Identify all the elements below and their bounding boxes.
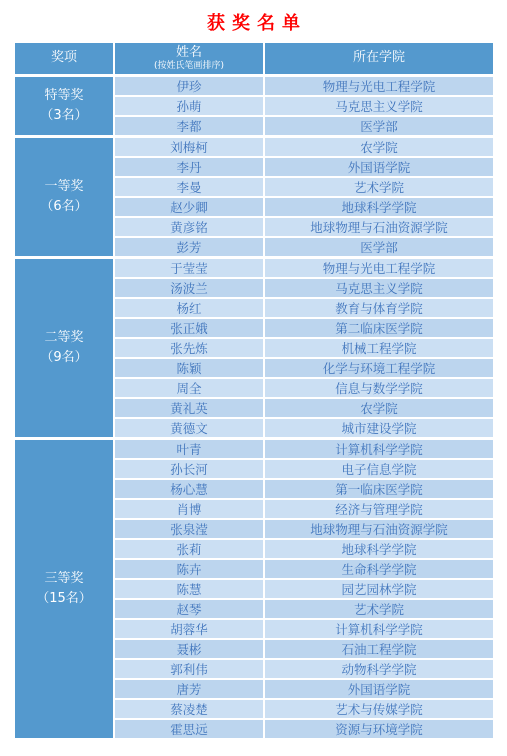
award-cell: 一等奖（6名） <box>14 137 114 258</box>
name-cell: 陈颖 <box>114 358 264 378</box>
table-row: 一等奖（6名）刘梅柯农学院 <box>14 137 494 158</box>
award-cell: 二等奖（9名） <box>14 258 114 439</box>
name-cell: 蔡凌楚 <box>114 699 264 719</box>
name-cell: 黄德文 <box>114 418 264 439</box>
name-cell: 胡蓉华 <box>114 619 264 639</box>
college-cell: 计算机科学学院 <box>264 439 494 460</box>
name-cell: 张先炼 <box>114 338 264 358</box>
college-cell: 第二临床医学院 <box>264 318 494 338</box>
college-cell: 艺术学院 <box>264 599 494 619</box>
name-cell: 汤波兰 <box>114 278 264 298</box>
name-cell: 张泉滢 <box>114 519 264 539</box>
header-award: 奖项 <box>14 42 114 76</box>
college-cell: 医学部 <box>264 237 494 258</box>
award-label: 三等奖 <box>15 569 113 589</box>
college-cell: 电子信息学院 <box>264 459 494 479</box>
college-cell: 外国语学院 <box>264 679 494 699</box>
college-cell: 农学院 <box>264 137 494 158</box>
college-cell: 医学部 <box>264 116 494 137</box>
name-cell: 霍思远 <box>114 719 264 739</box>
header-college: 所在学院 <box>264 42 494 76</box>
name-cell: 黄彦铭 <box>114 217 264 237</box>
name-cell: 赵少卿 <box>114 197 264 217</box>
college-cell: 地球科学学院 <box>264 539 494 559</box>
name-cell: 赵琴 <box>114 599 264 619</box>
name-cell: 李曼 <box>114 177 264 197</box>
name-cell: 陈卉 <box>114 559 264 579</box>
name-cell: 李都 <box>114 116 264 137</box>
header-name-label: 姓名 <box>176 45 202 60</box>
name-cell: 李丹 <box>114 157 264 177</box>
table-header-row: 奖项 姓名 (按姓氏笔画排序) 所在学院 <box>14 42 494 76</box>
header-name: 姓名 (按姓氏笔画排序) <box>114 42 264 76</box>
college-cell: 生命科学学院 <box>264 559 494 579</box>
name-cell: 张正娥 <box>114 318 264 338</box>
name-cell: 刘梅柯 <box>114 137 264 158</box>
college-cell: 地球物理与石油资源学院 <box>264 519 494 539</box>
name-cell: 周全 <box>114 378 264 398</box>
college-cell: 艺术学院 <box>264 177 494 197</box>
college-cell: 地球物理与石油资源学院 <box>264 217 494 237</box>
college-cell: 资源与环境学院 <box>264 719 494 739</box>
table-row: 三等奖（15名）叶青计算机科学学院 <box>14 439 494 460</box>
award-count: （15名） <box>15 589 113 609</box>
table-body: 特等奖（3名）伊珍物理与光电工程学院孙萌马克思主义学院李都医学部一等奖（6名）刘… <box>14 76 494 740</box>
name-cell: 郭利伟 <box>114 659 264 679</box>
college-cell: 艺术与传媒学院 <box>264 699 494 719</box>
name-cell: 伊珍 <box>114 76 264 97</box>
name-cell: 彭芳 <box>114 237 264 258</box>
college-cell: 物理与光电工程学院 <box>264 258 494 279</box>
header-name-note: (按姓氏笔画排序) <box>115 61 263 71</box>
name-cell: 唐芳 <box>114 679 264 699</box>
college-cell: 物理与光电工程学院 <box>264 76 494 97</box>
college-cell: 地球科学学院 <box>264 197 494 217</box>
college-cell: 石油工程学院 <box>264 639 494 659</box>
college-cell: 园艺园林学院 <box>264 579 494 599</box>
award-table: 奖项 姓名 (按姓氏笔画排序) 所在学院 特等奖（3名）伊珍物理与光电工程学院孙… <box>13 41 495 740</box>
award-cell: 特等奖（3名） <box>14 76 114 137</box>
award-cell: 三等奖（15名） <box>14 439 114 740</box>
award-label: 一等奖 <box>15 177 113 197</box>
name-cell: 聂彬 <box>114 639 264 659</box>
college-cell: 信息与数学学院 <box>264 378 494 398</box>
name-cell: 陈慧 <box>114 579 264 599</box>
college-cell: 化学与环境工程学院 <box>264 358 494 378</box>
college-cell: 马克思主义学院 <box>264 278 494 298</box>
table-row: 特等奖（3名）伊珍物理与光电工程学院 <box>14 76 494 97</box>
college-cell: 教育与体育学院 <box>264 298 494 318</box>
name-cell: 于莹莹 <box>114 258 264 279</box>
award-label: 二等奖 <box>15 328 113 348</box>
name-cell: 黄礼英 <box>114 398 264 418</box>
award-label: 特等奖 <box>15 86 113 106</box>
college-cell: 动物科学学院 <box>264 659 494 679</box>
award-count: （3名） <box>15 106 113 126</box>
name-cell: 叶青 <box>114 439 264 460</box>
college-cell: 第一临床医学院 <box>264 479 494 499</box>
college-cell: 计算机科学学院 <box>264 619 494 639</box>
name-cell: 肖博 <box>114 499 264 519</box>
college-cell: 城市建设学院 <box>264 418 494 439</box>
name-cell: 杨红 <box>114 298 264 318</box>
award-count: （6名） <box>15 197 113 217</box>
college-cell: 机械工程学院 <box>264 338 494 358</box>
college-cell: 农学院 <box>264 398 494 418</box>
name-cell: 杨心慧 <box>114 479 264 499</box>
page-title: 获奖名单 <box>0 0 507 41</box>
name-cell: 张莉 <box>114 539 264 559</box>
college-cell: 外国语学院 <box>264 157 494 177</box>
table-row: 二等奖（9名）于莹莹物理与光电工程学院 <box>14 258 494 279</box>
college-cell: 马克思主义学院 <box>264 96 494 116</box>
name-cell: 孙长河 <box>114 459 264 479</box>
name-cell: 孙萌 <box>114 96 264 116</box>
award-count: （9名） <box>15 348 113 368</box>
college-cell: 经济与管理学院 <box>264 499 494 519</box>
